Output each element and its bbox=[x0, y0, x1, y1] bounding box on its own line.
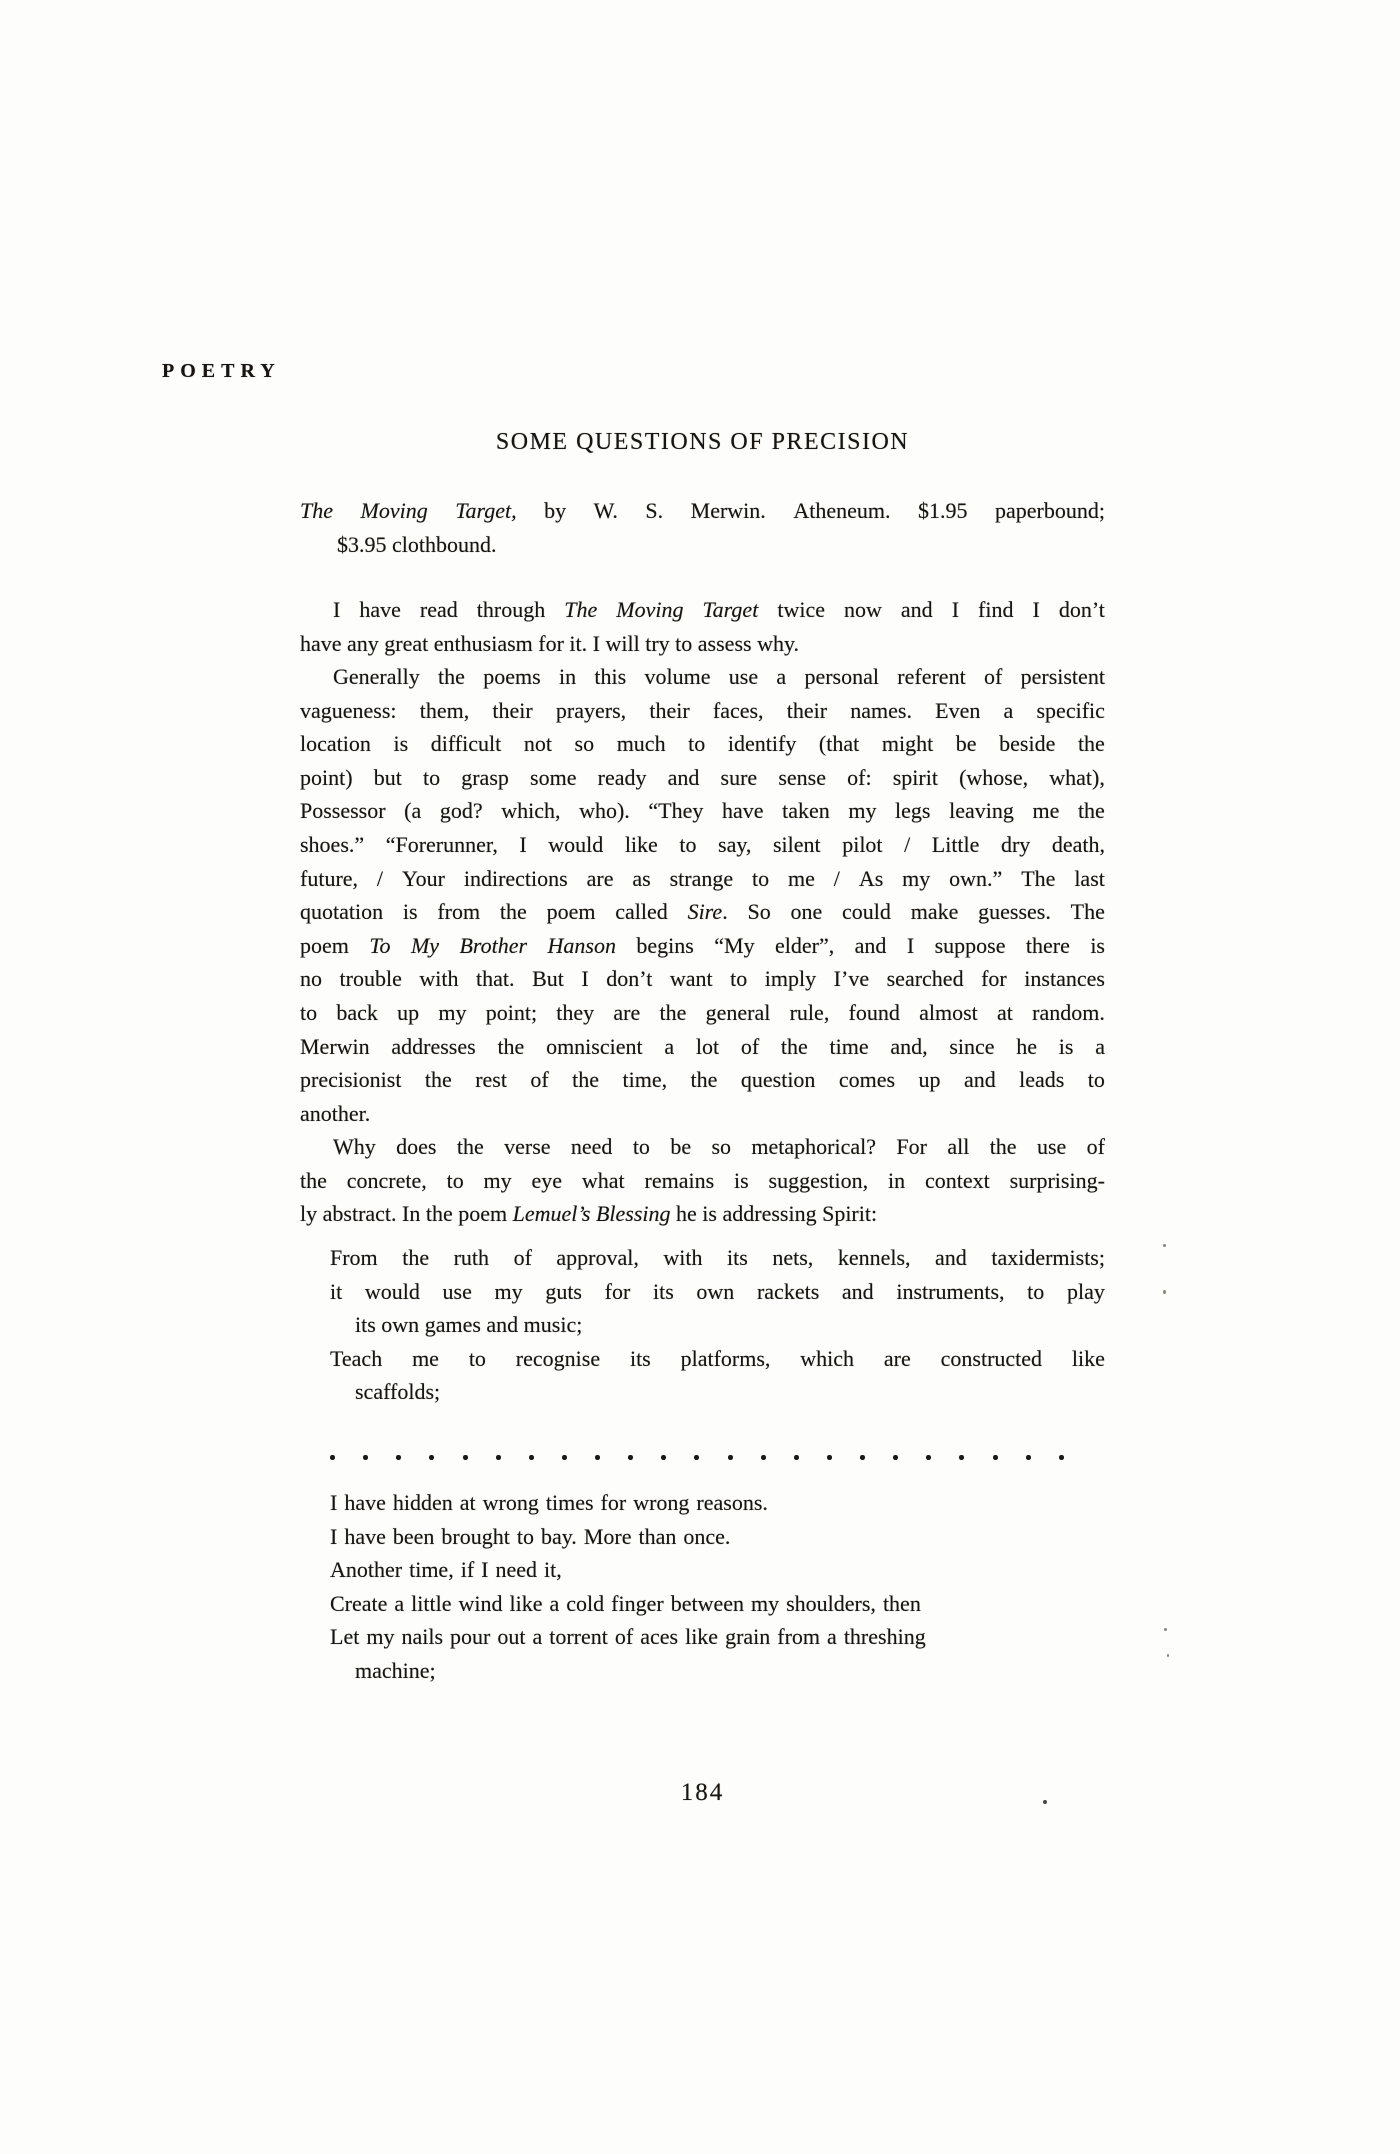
text-line: tobackupmypoint;theyarethegeneralrule,fo… bbox=[300, 996, 1105, 1030]
separator-dot bbox=[628, 1455, 633, 1460]
verse-quote-2: I have hidden at wrong times for wrong r… bbox=[330, 1486, 1105, 1688]
paragraph-2: Generallythepoemsinthisvolumeuseapersona… bbox=[300, 660, 1105, 1130]
text-line: another. bbox=[300, 1097, 1105, 1131]
scan-speck bbox=[1163, 1290, 1166, 1294]
text-line: Whydoestheverseneedtobesometaphorical?Fo… bbox=[300, 1130, 1105, 1164]
scan-speck bbox=[1167, 1654, 1169, 1657]
text-line: have any great enthusiasm for it. I will… bbox=[300, 627, 1105, 661]
text-line: future,/Yourindirectionsareasstrangetome… bbox=[300, 862, 1105, 896]
paragraph-1: IhavereadthroughTheMovingTargettwicenowa… bbox=[300, 593, 1105, 660]
text-line: machine; bbox=[330, 1654, 1105, 1688]
text-line: ly abstract. In the poem Lemuel’s Blessi… bbox=[300, 1197, 1105, 1231]
page-number: 184 bbox=[300, 1779, 1105, 1807]
separator-dot bbox=[429, 1455, 434, 1460]
text-line: notroublewiththat.ButIdon’twanttoimplyI’… bbox=[300, 962, 1105, 996]
separator-dot bbox=[959, 1455, 964, 1460]
separator-dot bbox=[661, 1455, 666, 1460]
text-line: itwouldusemygutsforitsownracketsandinstr… bbox=[330, 1275, 1105, 1309]
ellipsis-separator bbox=[330, 1452, 1064, 1462]
verse-quote-1: Fromtheruthofapproval,withitsnets,kennel… bbox=[330, 1241, 1105, 1409]
separator-dot bbox=[728, 1455, 733, 1460]
text-line: TheMovingTarget,byW.S.Merwin.Atheneum.$1… bbox=[300, 494, 1105, 528]
text-line: IhavereadthroughTheMovingTargettwicenowa… bbox=[300, 593, 1105, 627]
text-line: $3.95 clothbound. bbox=[300, 528, 1105, 562]
separator-dot bbox=[595, 1455, 600, 1460]
text-line: Another time, if I need it, bbox=[330, 1553, 1105, 1587]
separator-dot bbox=[926, 1455, 931, 1460]
separator-dot bbox=[363, 1455, 368, 1460]
scan-speck bbox=[1043, 1800, 1047, 1804]
section-label: POETRY bbox=[162, 360, 281, 383]
separator-dot bbox=[496, 1455, 501, 1460]
separator-dot bbox=[893, 1455, 898, 1460]
separator-dot bbox=[1059, 1455, 1064, 1460]
book-citation: TheMovingTarget,byW.S.Merwin.Atheneum.$1… bbox=[300, 494, 1105, 561]
separator-dot bbox=[330, 1455, 335, 1460]
separator-dot bbox=[860, 1455, 865, 1460]
text-line: Possessor(agod?which,who).“Theyhavetaken… bbox=[300, 794, 1105, 828]
text-line: I have been brought to bay. More than on… bbox=[330, 1520, 1105, 1554]
separator-dot bbox=[794, 1455, 799, 1460]
text-line: Create a little wind like a cold finger … bbox=[330, 1587, 1105, 1621]
text-line: Let my nails pour out a torrent of aces … bbox=[330, 1620, 1105, 1654]
scan-speck bbox=[1164, 1628, 1167, 1631]
separator-dot bbox=[529, 1455, 534, 1460]
text-line: precisionisttherestofthetime,thequestion… bbox=[300, 1063, 1105, 1097]
text-line: vagueness:them,theirprayers,theirfaces,t… bbox=[300, 694, 1105, 728]
text-line: Merwinaddressestheomniscientalotofthetim… bbox=[300, 1030, 1105, 1064]
separator-dot bbox=[463, 1455, 468, 1460]
separator-dot bbox=[761, 1455, 766, 1460]
scan-speck bbox=[1163, 1244, 1166, 1247]
separator-dot bbox=[562, 1455, 567, 1460]
text-line: quotationisfromthepoemcalledSire.Sooneco… bbox=[300, 895, 1105, 929]
separator-dot bbox=[993, 1455, 998, 1460]
text-line: locationisdifficultnotsomuchtoidentify(t… bbox=[300, 727, 1105, 761]
text-line: shoes.”“Forerunner,Iwouldliketosay,silen… bbox=[300, 828, 1105, 862]
scanned-book-page: POETRY SOME QUESTIONS OF PRECISION TheMo… bbox=[0, 0, 1400, 2154]
article-title: SOME QUESTIONS OF PRECISION bbox=[300, 429, 1105, 456]
text-line: point)buttograspsomereadyandsuresenseof:… bbox=[300, 761, 1105, 795]
text-line: theconcrete,tomyeyewhatremainsissuggesti… bbox=[300, 1164, 1105, 1198]
paragraph-3: Whydoestheverseneedtobesometaphorical?Fo… bbox=[300, 1130, 1105, 1231]
text-line: Fromtheruthofapproval,withitsnets,kennel… bbox=[330, 1241, 1105, 1275]
text-line: I have hidden at wrong times for wrong r… bbox=[330, 1486, 1105, 1520]
text-line: Generallythepoemsinthisvolumeuseapersona… bbox=[300, 660, 1105, 694]
separator-dot bbox=[1026, 1455, 1031, 1460]
text-line: Teachmetorecogniseitsplatforms,whicharec… bbox=[330, 1342, 1105, 1376]
text-line: poemToMyBrotherHansonbegins“Myelder”,and… bbox=[300, 929, 1105, 963]
separator-dot bbox=[827, 1455, 832, 1460]
text-line: its own games and music; bbox=[330, 1308, 1105, 1342]
separator-dot bbox=[694, 1455, 699, 1460]
separator-dot bbox=[396, 1455, 401, 1460]
text-line: scaffolds; bbox=[330, 1375, 1105, 1409]
